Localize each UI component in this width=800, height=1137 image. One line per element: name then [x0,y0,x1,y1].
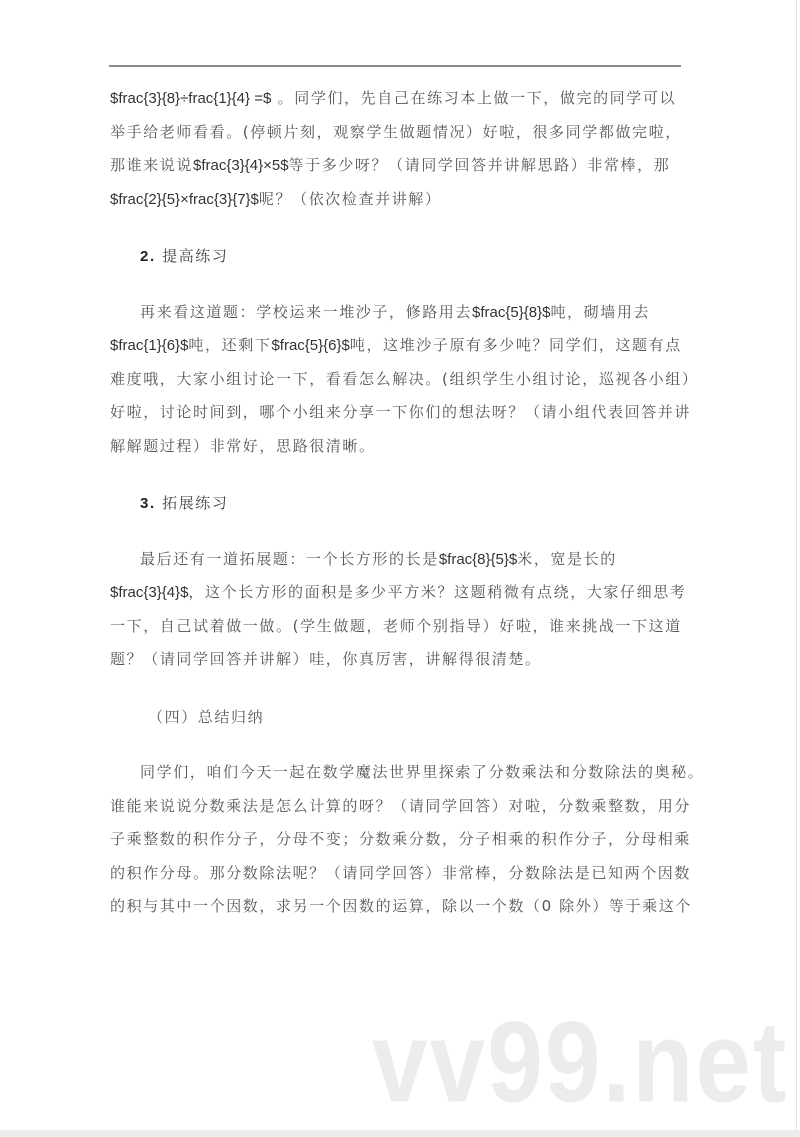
math-expression: $frac{3}{4}×5$ [193,157,289,174]
math-expression: $frac{3}{4}$ [110,584,188,601]
text-run: 。同学们，先自己在练习本上做一下，做完的同学可以 [271,89,676,107]
text-run: 子乘整数的积作分子，分母不变；分数乘分数，分子相乘的积作分子，分母相乘 [110,830,691,848]
text-run: 吨，还剩下 [188,336,271,354]
text-run: 最后还有一道拓展题：一个长方形的长是 [140,550,439,568]
section-number: 2. [140,248,156,265]
text-run: 举手给老师看看。(停顿片刻，观察学生做题情况）好啦，很多同学都做完啦， [110,123,682,141]
section-number: 3. [140,495,156,512]
text-run: 同学们，咱们今天一起在数学魔法世界里探索了分数乘法和分数除法的奥秘。 [140,763,704,781]
math-expression: $frac{8}{5}$ [439,551,517,568]
text-line: 题？（请同学回答并讲解）哇，你真厉害，讲解得很清楚。 [110,643,682,677]
math-expression: $frac{2}{5}×frac{3}{7}$ [110,191,259,208]
text-run: 的积与其中一个因数，求另一个因数的运算，除以一个数（0 除外）等于乘这个 [110,897,692,915]
text-line: 再来看这道题：学校运来一堆沙子，修路用去$frac{5}{8}$吨，砌墙用去 [110,296,682,330]
text-run: 好啦，讨论时间到，哪个小组来分享一下你们的想法呀？（请小组代表回答并讲 [110,403,691,421]
text-line: $frac{3}{8}÷frac{1}{4} =$ 。同学们，先自己在练习本上做… [110,82,682,116]
text-line: $frac{1}{6}$吨，还剩下$frac{5}{6}$吨，这堆沙子原有多少吨… [110,329,682,363]
text-run: 再来看这道题：学校运来一堆沙子，修路用去 [140,303,472,321]
document-page: $frac{3}{8}÷frac{1}{4} =$ 。同学们，先自己在练习本上做… [0,0,797,1130]
watermark: vv99.net [372,1005,788,1120]
text-line: $frac{3}{4}$，这个长方形的面积是多少平方米？这题稍微有点绕，大家仔细… [110,576,682,610]
section-title: 拓展练习 [162,494,228,512]
text-run: 呢？（依次检查并讲解） [259,190,442,208]
text-run: 吨，这堆沙子原有多少吨？同学们，这题有点 [350,336,682,354]
text-line: 那谁来说说$frac{3}{4}×5$等于多少呀？（请同学回答并讲解思路）非常棒… [110,149,682,183]
section-heading-2: 2. 提高练习 [110,240,682,274]
text-run: 解解题过程）非常好，思路很清晰。 [110,437,376,455]
text-line: 难度哦，大家小组讨论一下，看看怎么解决。(组织学生小组讨论，巡视各小组） [110,363,682,397]
text-run: 一下，自己试着做一做。(学生做题，老师个别指导）好啦，谁来挑战一下这道 [110,617,682,635]
text-line: 最后还有一道拓展题：一个长方形的长是$frac{8}{5}$米，宽是长的 [110,543,682,577]
text-run: 那谁来说说 [110,156,193,174]
text-line: 举手给老师看看。(停顿片刻，观察学生做题情况）好啦，很多同学都做完啦， [110,116,682,150]
math-expression: $frac{5}{8}$ [472,304,550,321]
text-run: 等于多少呀？（请同学回答并讲解思路）非常棒，那 [289,156,671,174]
section-heading-4: （四）总结归纳 [110,701,682,735]
text-line: 好啦，讨论时间到，哪个小组来分享一下你们的想法呀？（请小组代表回答并讲 [110,396,682,430]
section-title: （四）总结归纳 [148,708,264,726]
page-bottom-edge [0,1130,800,1137]
section-title: 提高练习 [162,247,228,265]
math-expression: $frac{3}{8}÷frac{1}{4} =$ [110,90,271,107]
text-line: 的积与其中一个因数，求另一个因数的运算，除以一个数（0 除外）等于乘这个 [110,890,682,924]
text-line: 一下，自己试着做一做。(学生做题，老师个别指导）好啦，谁来挑战一下这道 [110,610,682,644]
header-rule [109,65,681,67]
text-run: ，这个长方形的面积是多少平方米？这题稍微有点绕，大家仔细思考 [188,583,686,601]
text-line: 同学们，咱们今天一起在数学魔法世界里探索了分数乘法和分数除法的奥秘。 [110,756,682,790]
text-run: 米，宽是长的 [517,550,617,568]
text-line: 解解题过程）非常好，思路很清晰。 [110,430,682,464]
text-run: 谁能来说说分数乘法是怎么计算的呀？（请同学回答）对啦，分数乘整数，用分 [110,797,691,815]
text-line: 的积作分母。那分数除法呢？（请同学回答）非常棒，分数除法是已知两个因数 [110,857,682,891]
math-expression: $frac{1}{6}$ [110,337,188,354]
math-expression: $frac{5}{6}$ [271,337,349,354]
section-heading-3: 3. 拓展练习 [110,487,682,521]
document-body: $frac{3}{8}÷frac{1}{4} =$ 。同学们，先自己在练习本上做… [110,82,682,924]
text-line: 谁能来说说分数乘法是怎么计算的呀？（请同学回答）对啦，分数乘整数，用分 [110,790,682,824]
text-run: 的积作分母。那分数除法呢？（请同学回答）非常棒，分数除法是已知两个因数 [110,864,691,882]
text-run: 吨，砌墙用去 [550,303,650,321]
text-run: 题？（请同学回答并讲解）哇，你真厉害，讲解得很清楚。 [110,650,542,668]
text-run: 难度哦，大家小组讨论一下，看看怎么解决。(组织学生小组讨论，巡视各小组） [110,370,698,388]
text-line: 子乘整数的积作分子，分母不变；分数乘分数，分子相乘的积作分子，分母相乘 [110,823,682,857]
text-line: $frac{2}{5}×frac{3}{7}$呢？（依次检查并讲解） [110,183,682,217]
